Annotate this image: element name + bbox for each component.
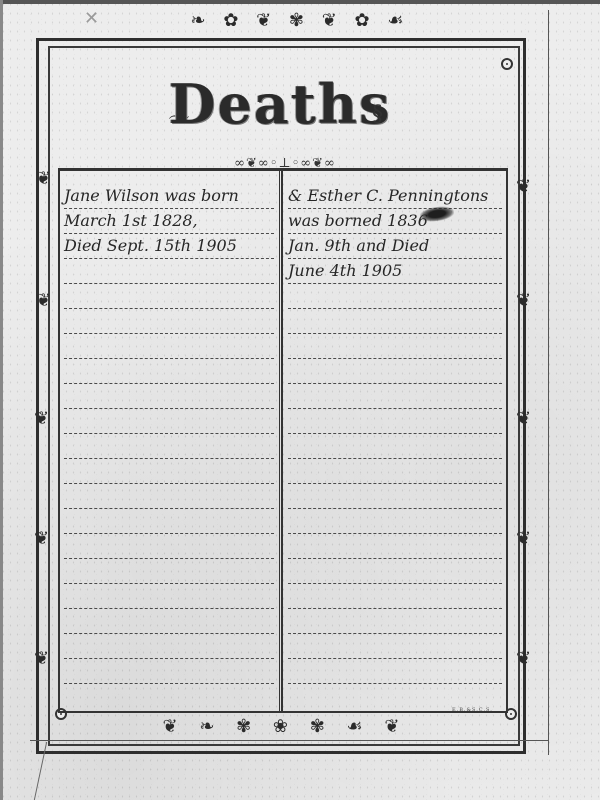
ruled-line <box>64 408 274 409</box>
frame-rule-right <box>548 10 549 755</box>
ruled-line <box>288 283 502 284</box>
ruled-line <box>288 683 502 684</box>
ruled-line <box>288 233 502 234</box>
ruled-line <box>64 208 274 209</box>
column-divider <box>279 170 283 713</box>
ivy-leaf-icon: ❦ <box>516 178 531 196</box>
bottom-vine-ornament: ❦ ❧ ✾ ❀ ✾ ☙ ❦ <box>60 716 510 746</box>
ivy-leaf-icon: ❦ <box>36 292 51 310</box>
handwritten-line: Jane Wilson was born <box>64 183 274 208</box>
right-column: & Esther C. Penningtons was borned 1836 … <box>288 183 502 703</box>
ruled-line <box>288 558 502 559</box>
ruled-line <box>64 333 274 334</box>
ruled-line <box>64 233 274 234</box>
ruled-line <box>288 333 502 334</box>
document-page: ✕ ❧ ✿ ❦ ✾ ❦ ✿ ☙ ❦ ❦ ❦ ❦ ❦ ❦ ❦ ❦ ❦ ❦ 〜 De… <box>0 0 600 800</box>
ruled-line <box>64 633 274 634</box>
ruled-line <box>64 258 274 259</box>
ruled-line <box>64 283 274 284</box>
ivy-leaf-icon: ❦ <box>516 292 531 310</box>
ruled-line <box>64 383 274 384</box>
ruled-line <box>288 258 502 259</box>
ruled-line <box>288 308 502 309</box>
ruled-line <box>64 658 274 659</box>
scan-edge-left <box>0 0 3 800</box>
handwritten-line: March 1st 1828, <box>64 208 274 233</box>
ruled-line <box>288 658 502 659</box>
handwritten-line: was borned 1836 <box>288 208 502 233</box>
ruled-line <box>288 483 502 484</box>
left-column: Jane Wilson was born March 1st 1828, Die… <box>64 183 274 703</box>
top-vine-ornament: ❧ ✿ ❦ ✾ ❦ ✿ ☙ <box>60 10 540 40</box>
ivy-leaf-icon: ❦ <box>36 170 51 188</box>
handwritten-line: Jan. 9th and Died <box>288 233 502 258</box>
handwritten-line: June 4th 1905 <box>288 258 502 283</box>
page-title: Deaths <box>160 72 400 152</box>
ruled-line <box>288 583 502 584</box>
ivy-leaf-icon: ❦ <box>516 530 531 548</box>
ruled-line <box>64 583 274 584</box>
ruled-line <box>64 358 274 359</box>
ruled-line <box>64 608 274 609</box>
title-flourish-right: § <box>372 102 383 127</box>
ruled-line <box>64 308 274 309</box>
ruled-line <box>288 633 502 634</box>
ruled-line <box>64 533 274 534</box>
ivy-leaf-icon: ❦ <box>34 410 49 428</box>
ruled-line <box>64 483 274 484</box>
ivy-leaf-icon: ❦ <box>516 650 531 668</box>
corner-rosette-icon <box>501 58 513 70</box>
ruled-line <box>288 358 502 359</box>
ruled-line <box>288 533 502 534</box>
ruled-line <box>288 608 502 609</box>
ruled-line <box>288 508 502 509</box>
ruled-line <box>288 408 502 409</box>
ivy-leaf-icon: ❦ <box>34 650 49 668</box>
scan-edge-top <box>0 0 600 4</box>
ivy-leaf-icon: ❦ <box>34 530 49 548</box>
ruled-line <box>64 683 274 684</box>
ruled-line <box>288 458 502 459</box>
ivy-leaf-icon: ❦ <box>516 410 531 428</box>
ruled-line <box>64 508 274 509</box>
ruled-line <box>64 433 274 434</box>
ruled-line <box>288 383 502 384</box>
handwritten-line: Died Sept. 15th 1905 <box>64 233 274 258</box>
ruled-line <box>288 208 502 209</box>
ruled-line <box>64 458 274 459</box>
ruled-line <box>288 433 502 434</box>
ruled-line <box>64 558 274 559</box>
handwritten-line: & Esther C. Penningtons <box>288 183 502 208</box>
printer-mark: E.B.&S.C.S. <box>452 707 493 713</box>
